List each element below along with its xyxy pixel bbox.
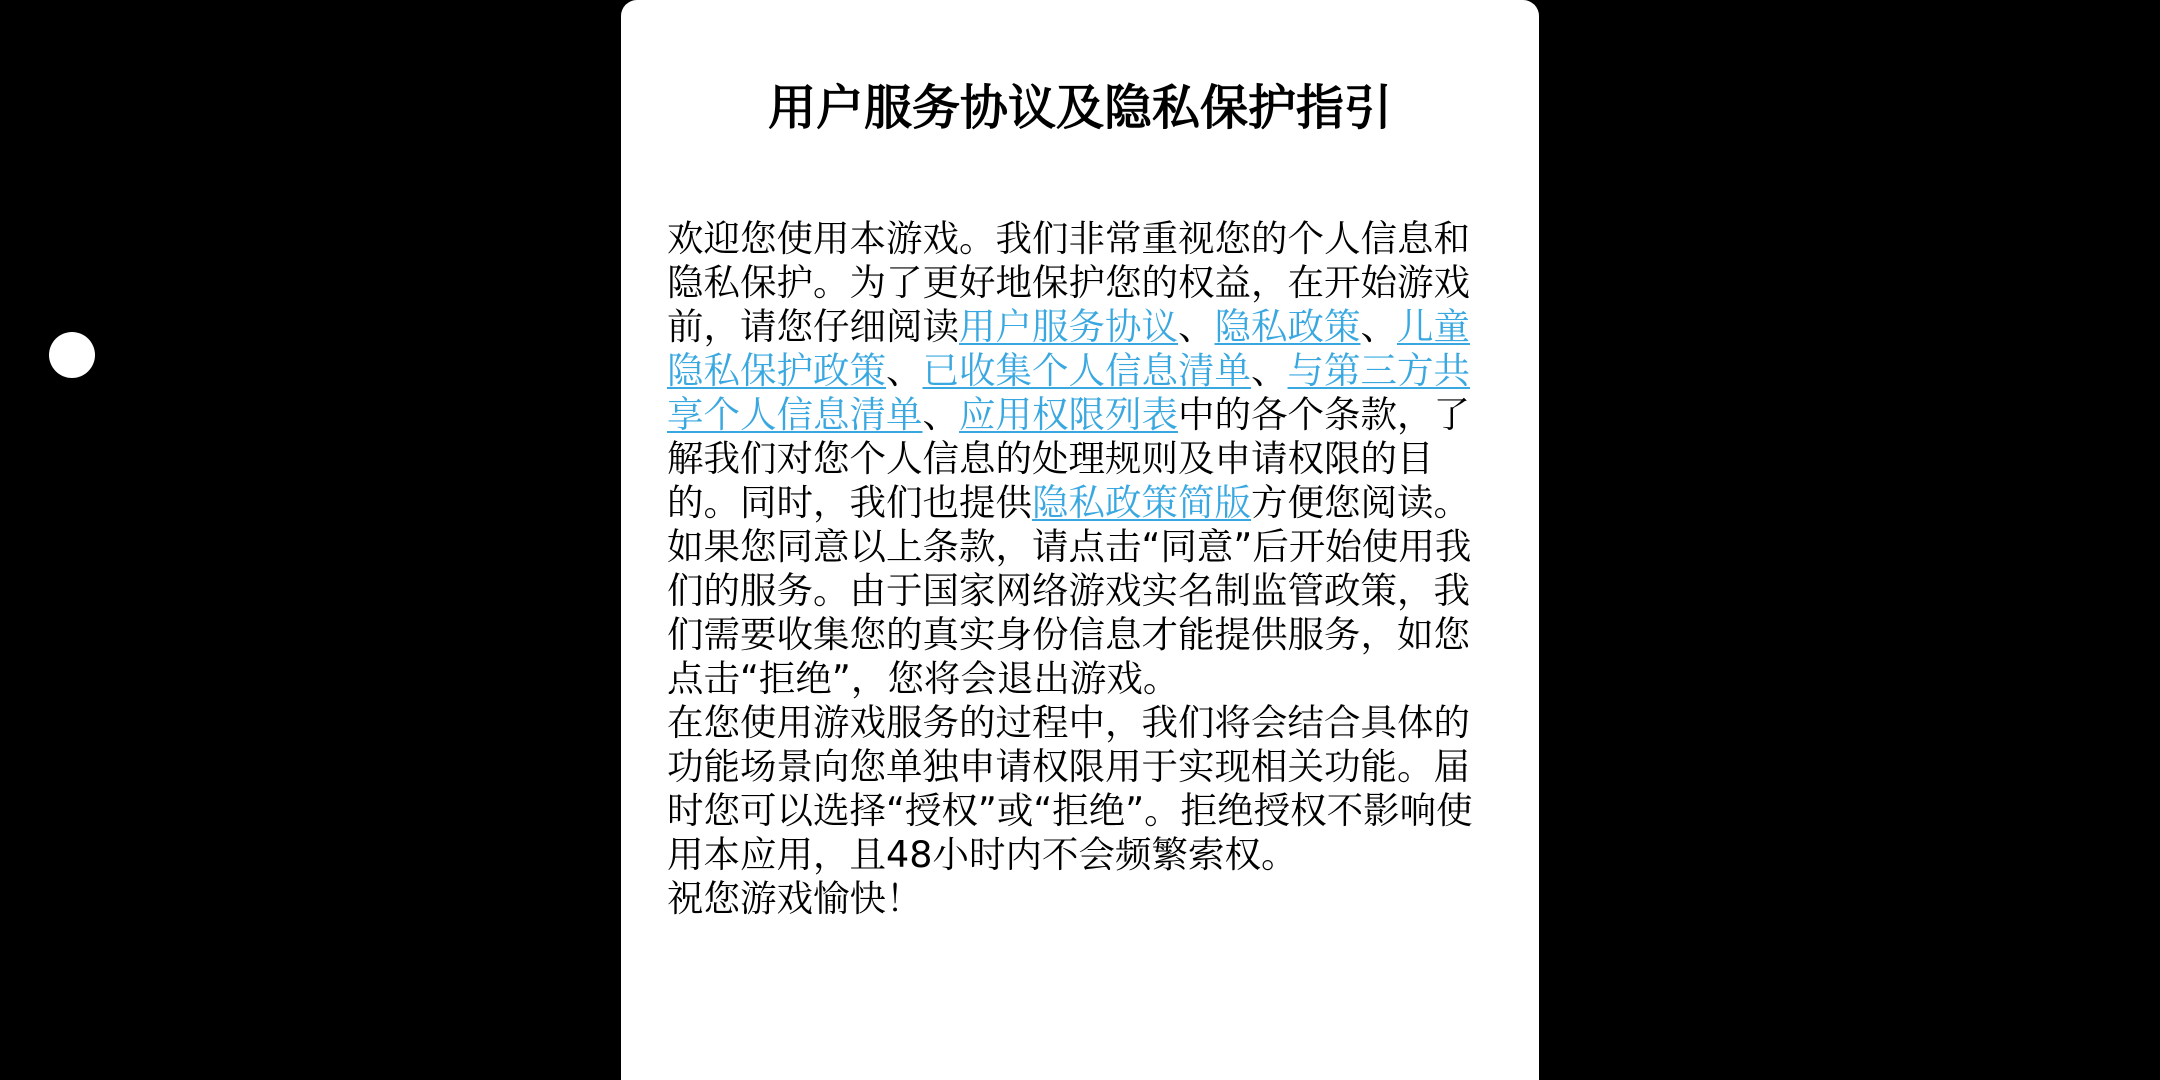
link-collected-info-list[interactable]: 已收集个人信息清单 [923,349,1252,392]
floating-ball-icon[interactable] [49,332,95,378]
separator: 、 [1178,305,1215,348]
link-app-permissions-list[interactable]: 应用权限列表 [959,393,1178,436]
separator: 、 [886,349,923,392]
paragraph-permissions: 在您使用游戏服务的过程中，我们将会结合具体的功能场景向您单独申请权限用于实现相关… [667,701,1497,877]
dialog-title: 用户服务协议及隐私保护指引 [621,78,1539,138]
link-user-service-agreement[interactable]: 用户服务协议 [959,305,1178,348]
separator: 、 [1361,305,1398,348]
privacy-agreement-dialog: 用户服务协议及隐私保护指引 欢迎您使用本游戏。我们非常重视您的个人信息和隐私保护… [621,0,1539,1080]
dialog-body: 欢迎您使用本游戏。我们非常重视您的个人信息和隐私保护。为了更好地保护您的权益，在… [667,217,1497,921]
paragraph-closing: 祝您游戏愉快！ [667,877,1497,921]
link-privacy-policy[interactable]: 隐私政策 [1215,305,1361,348]
separator: 、 [923,393,960,436]
paragraph-intro: 欢迎您使用本游戏。我们非常重视您的个人信息和隐私保护。为了更好地保护您的权益，在… [667,217,1497,701]
separator: 、 [1251,349,1288,392]
link-privacy-policy-brief[interactable]: 隐私政策简版 [1032,481,1251,524]
